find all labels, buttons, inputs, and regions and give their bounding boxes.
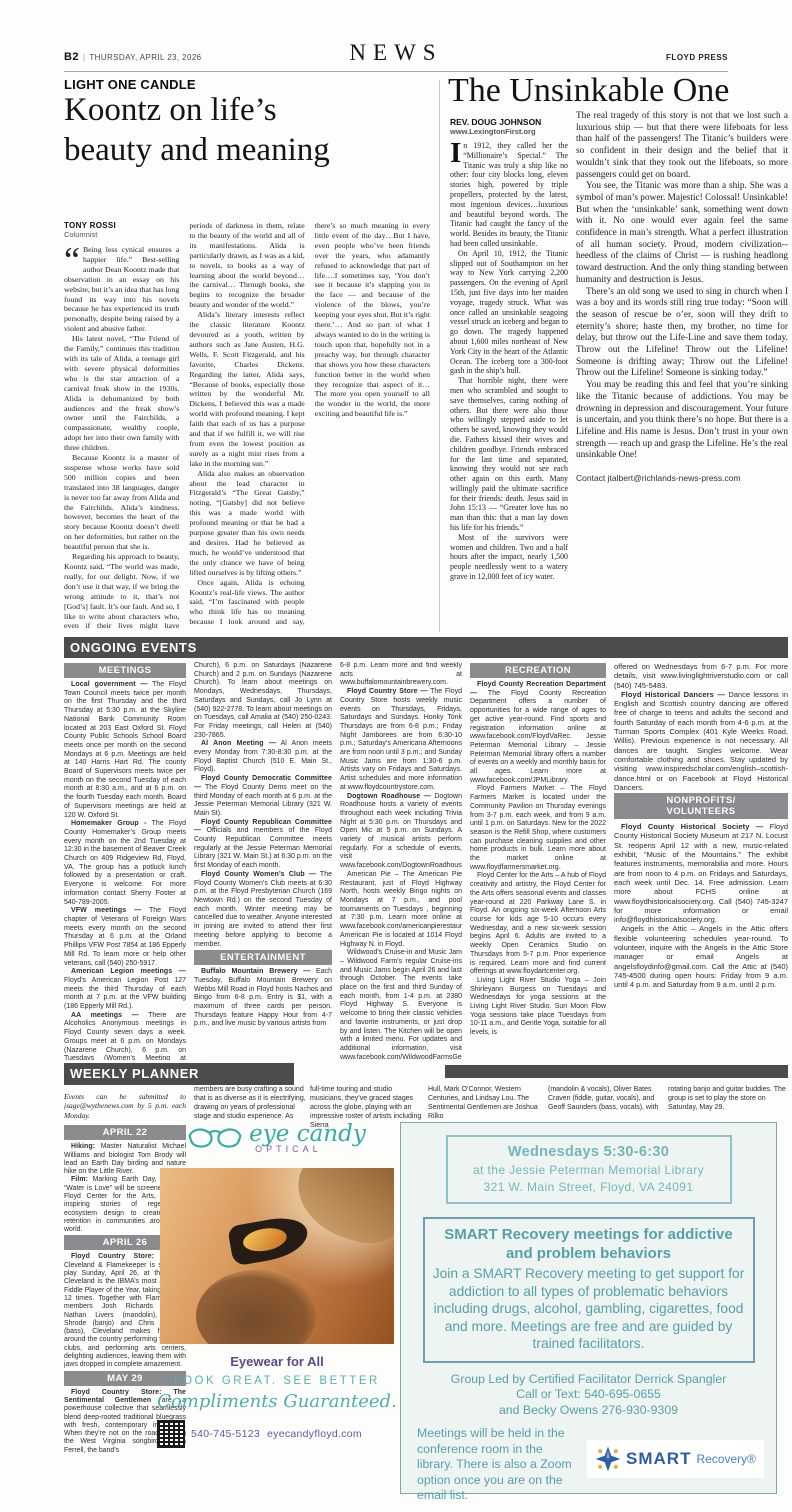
smart-headline: SMART Recovery meetings for addictive an… — [433, 1225, 745, 1263]
listing-entry-lead: Floyd Historical Dancers — — [621, 690, 725, 699]
byline-role: Columnist — [64, 230, 179, 239]
photo-beard-shape — [196, 1270, 316, 1344]
events-column-3: 6-8 p.m. Learn more and find weekly acts… — [340, 662, 462, 1060]
cat-eye-glasses-icon — [188, 1125, 242, 1151]
listing-entry: Floyd Historical Dancers — Dance lessons… — [614, 690, 788, 792]
listing-entry-lead: Al Anon Meeting — — [201, 740, 276, 747]
koontz-headline: Koontz on life’sbeauty and meaning — [64, 90, 436, 170]
contact-line: Contact jtalbert@richlands-news-press.co… — [576, 473, 788, 484]
facilitator-phone: Call or Text: 540-695-0655 — [401, 1387, 776, 1403]
eye-candy-website: eyecandyfloyd.com — [267, 1428, 362, 1440]
listing-entry: VFW meetings — The Floyd chapter of Vete… — [64, 907, 186, 968]
listing-entry-lead: Floyd County Women’s Club — — [201, 871, 316, 878]
listing-entry: Floyd County Historical Society — Floyd … — [614, 822, 788, 924]
eye-candy-phone: 540-745-5123 — [191, 1428, 260, 1440]
article-paragraph: You may be reading this and feel that yo… — [576, 380, 788, 462]
article-paragraph: The real tragedy of this story is not th… — [576, 111, 788, 181]
eye-candy-tagline-2: LOOK GREAT. SEE BETTER — [156, 1375, 398, 1387]
library-meeting-box: Wednesdays 5:30-6:30 at the Jessie Peter… — [446, 1135, 732, 1204]
article-paragraph: That horrible night, there were men who … — [450, 376, 568, 533]
listing-entry: Floyd County Democratic Committee — The … — [194, 775, 332, 819]
headline-line2: beauty and meaning — [64, 132, 330, 168]
article-paragraph: Alida’s literary interests reflect the c… — [189, 310, 304, 469]
weekly-planner-banner: WEEKLY PLANNER — [64, 1063, 294, 1085]
listing-entry-lead: Floyd County Republican Committee — — [194, 819, 332, 835]
section-banner: MEETINGS — [64, 663, 186, 678]
headline-line1: Koontz on life’s — [64, 92, 277, 128]
photo-sunglasses-shape — [227, 1214, 311, 1267]
facilitator-line: Group Led by Certified Facilitator Derri… — [401, 1372, 776, 1388]
listing-entry: offered on Wednesdays from 6-7 p.m. For … — [614, 662, 788, 690]
smart-compass-star-icon — [595, 1446, 621, 1472]
newspaper-page: B2|THURSDAY, APRIL 23, 2026 NEWS FLOYD P… — [0, 0, 792, 1512]
decorative-quote-mark: “ — [64, 247, 80, 273]
listing-entry-lead: VFW meetings — — [71, 907, 141, 914]
library-meeting-place: at the Jessie Peterman Memorial Library — [452, 1163, 726, 1177]
events-column-4: RECREATIONFloyd County Recreation Depart… — [470, 662, 606, 1060]
weekly-planner-band — [445, 1065, 788, 1078]
paper-name: FLOYD PRESS — [666, 53, 728, 62]
facilitator-phone-2: and Becky Owens 276-930-9309 — [401, 1403, 776, 1419]
listing-entry: Local government — The Floyd Town Counci… — [64, 681, 186, 820]
listing-entry: Buffalo Mountain Brewery — Each Tuesday,… — [194, 968, 332, 1029]
listing-entry-lead: Buffalo Mountain Brewery — — [201, 968, 310, 975]
smart-body: Join a SMART Recovery meeting to get sup… — [433, 1265, 745, 1353]
article-paragraph: His latest novel, “The Friend of the Fam… — [64, 334, 179, 453]
byline: REV. DOUG JOHNSON www.LexingtonFirst.org — [450, 117, 568, 136]
section-banner: ENTERTAINMENT — [194, 950, 332, 965]
listing-entry-lead: Floyd Country Store — — [347, 688, 428, 695]
eye-candy-tagline-1: Eyewear for All — [156, 1354, 398, 1369]
eye-candy-contact-row: 540-745-5123 eyecandyfloyd.com — [156, 1421, 398, 1447]
smart-logo-word: SMART — [626, 1449, 691, 1469]
listing-entry: Church), 6 p.m. on Saturdays (Nazarene C… — [194, 662, 332, 740]
weekly-planner-title: WEEKLY PLANNER — [70, 1066, 199, 1081]
article-paragraph: Because Koontz is a master of suspense w… — [64, 453, 179, 552]
eye-candy-brand: eye candy — [249, 1123, 366, 1145]
ongoing-events-banner: ONGOING EVENTS — [64, 637, 788, 658]
listing-entry: Al Anon Meeting — Al Anon meets every Mo… — [194, 740, 332, 775]
listing-entry: Wildwood’s Cruise-in and Music Jam – Wil… — [340, 949, 462, 1060]
library-smart-ad-container: Wednesdays 5:30-6:30 at the Jessie Peter… — [400, 1122, 777, 1494]
drop-cap: I — [450, 142, 461, 165]
article-paragraph: There’s an old song we used to sing in c… — [576, 287, 788, 381]
section-banner: RECREATION — [470, 663, 606, 678]
unsinkable-left-column: REV. DOUG JOHNSON www.LexingtonFirst.org… — [450, 117, 568, 647]
listing-entry-lead: Film: — [71, 1176, 88, 1183]
events-column-5: offered on Wednesdays from 6-7 p.m. For … — [614, 662, 788, 1060]
unsinkable-headline: The Unsinkable One — [448, 72, 790, 110]
smart-recovery-box: SMART Recovery meetings for addictive an… — [423, 1217, 755, 1363]
smart-facilitators: Group Led by Certified Facilitator Derri… — [401, 1372, 776, 1419]
listing-entry-lead: Floyd County Recreation Department — — [470, 681, 606, 697]
article-paragraph: In 1912, they called her the “Millionair… — [450, 141, 568, 249]
listing-entry-lead: Local government — — [71, 681, 148, 688]
eye-candy-logo: eye candy OPTICAL — [156, 1096, 398, 1164]
koontz-article-body: TONY ROSSI Columnist “Being less cynical… — [64, 221, 430, 637]
article-paragraph: “Being less cynical ensures a happier li… — [64, 245, 179, 334]
listing-entry-lead: Homemaker Group - — [71, 820, 147, 827]
listing-entry-lead: Dogtown Roadhouse — — [347, 793, 431, 800]
listing-entry: Floyd Center for the Arts – A hub of Flo… — [470, 872, 606, 976]
library-meeting-time: Wednesdays 5:30-6:30 — [452, 1144, 726, 1160]
listing-entry: American Legion meetings — Floyd’s Ameri… — [64, 968, 186, 1012]
smart-logo-word-2: Recovery® — [696, 1452, 756, 1466]
section-banner: NONPROFITS/ VOLUNTEERS — [614, 793, 788, 819]
listing-entry: Floyd County Recreation Department — The… — [470, 681, 606, 785]
listing-entry: Floyd County Republican Committee — Offi… — [194, 819, 332, 871]
listing-entry: Floyd County Women’s Club — The Floyd Co… — [194, 871, 332, 949]
listing-entry-lead: Hiking: — [71, 1143, 95, 1150]
listing-entry: Homemaker Group - The Floyd County Homem… — [64, 820, 186, 907]
events-column-2: Church), 6 p.m. on Saturdays (Nazarene C… — [194, 662, 332, 1060]
listing-entry-lead: Floyd Country Store: — [71, 1253, 154, 1260]
ongoing-events-title: ONGOING EVENTS — [70, 640, 197, 655]
sunglasses-man-photo — [160, 1168, 394, 1344]
article-paragraph: Alida also makes an observation about th… — [189, 469, 304, 578]
listing-entry: Floyd Country Store — The Floyd Country … — [340, 688, 462, 792]
listing-entry-lead: Floyd County Historical Society — — [621, 822, 763, 831]
article-paragraph: You see, the Titanic was more than a shi… — [576, 181, 788, 286]
unsinkable-right-column: The real tragedy of this story is not th… — [576, 111, 788, 663]
band-description-col-5: rotating banjo and guitar buddies. The g… — [668, 1085, 788, 1127]
article-paragraph: On April 10, 1912, the Titanic slipped o… — [450, 249, 568, 376]
listing-entry: Floyd Farmers Market – The Floyd Farmers… — [470, 785, 606, 872]
listing-entry: AA meetings — There are Alcoholics Anony… — [64, 1012, 186, 1060]
eye-candy-tagline-3: Compliments Guaranteed. — [156, 1391, 398, 1412]
listing-entry: American Pie – The American Pie Restaura… — [340, 871, 462, 949]
listing-entry-lead: American Legion meetings — — [71, 968, 186, 975]
events-column-1: MEETINGSLocal government — The Floyd Tow… — [64, 662, 186, 1060]
qr-code — [158, 1421, 184, 1447]
smart-footer: Meetings will be held in the conference … — [417, 1426, 764, 1504]
listing-entry-lead: AA meetings — — [71, 1012, 139, 1019]
listing-entry: 6-8 p.m. Learn more and find weekly acts… — [340, 662, 462, 688]
byline: TONY ROSSI Columnist — [64, 221, 179, 239]
library-meeting-address: 321 W. Main Street, Floyd, VA 24091 — [452, 1180, 726, 1194]
listing-entry: Dogtown Roadhouse — Dogtown Roadhouse ho… — [340, 793, 462, 871]
eye-candy-optical-ad: eye candy OPTICAL Eyewear for All LOOK G… — [156, 1096, 398, 1508]
smart-recovery-logo: SMART Recovery® — [587, 1440, 764, 1478]
smart-location-note: Meetings will be held in the conference … — [417, 1426, 581, 1504]
listing-entry: Living Light River Studio Yoga – Join Sh… — [470, 977, 606, 1038]
column-divider — [439, 80, 440, 632]
byline-name: TONY ROSSI — [64, 221, 179, 230]
byline-name: REV. DOUG JOHNSON — [450, 117, 568, 127]
byline-url: www.LexingtonFirst.org — [450, 127, 568, 136]
article-paragraph: Most of the survivors were women and chi… — [450, 533, 568, 582]
band-description-col-4: (mandolin & vocals), Oliver Bates Craven… — [548, 1085, 662, 1127]
band-description-col-3: Hull, Mark O’Connor, Western Centuries, … — [428, 1085, 544, 1127]
listing-entry-lead: Floyd County Democratic Committee — — [194, 775, 332, 791]
listing-entry: Angels in the Attic – Angels in the Atti… — [614, 924, 788, 989]
